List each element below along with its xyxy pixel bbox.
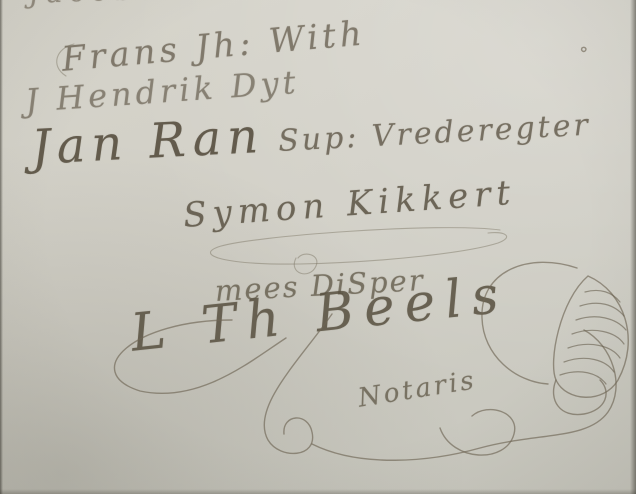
flourish-mid-loop (440, 410, 515, 456)
flourish-kikkert-underline (210, 228, 506, 264)
ink-dot (582, 47, 586, 51)
signature-jan-ran: Jan Ran (30, 108, 265, 176)
flourish-shell-rib (585, 290, 620, 302)
flourish-shell-rib (560, 372, 606, 384)
signature-symon-kikkert: Symon Kikkert (182, 173, 517, 236)
flourish-shell-rib (580, 303, 624, 316)
flourish-shell-cone (554, 276, 629, 397)
flourish-shell-bottom-loop (554, 380, 607, 415)
photo-edge-right (630, 0, 636, 494)
photo-edge-bottom (0, 489, 636, 494)
photo-edge-left (0, 0, 3, 494)
flourish-shell-rib (564, 358, 614, 372)
flourish-shell-rib (576, 317, 626, 330)
signature-beels-title: Notaris (356, 365, 479, 413)
flourish-shell-rib (572, 330, 624, 344)
manuscript-photo: Jacobus Beels Frans Jh: With J Hendrik D… (0, 0, 636, 494)
signature-top-partial: Jacobus Beels (28, 0, 324, 10)
signature-jan-ran-title: Sup: Vrederegter (277, 108, 591, 159)
flourish-shell-rib (568, 344, 620, 358)
